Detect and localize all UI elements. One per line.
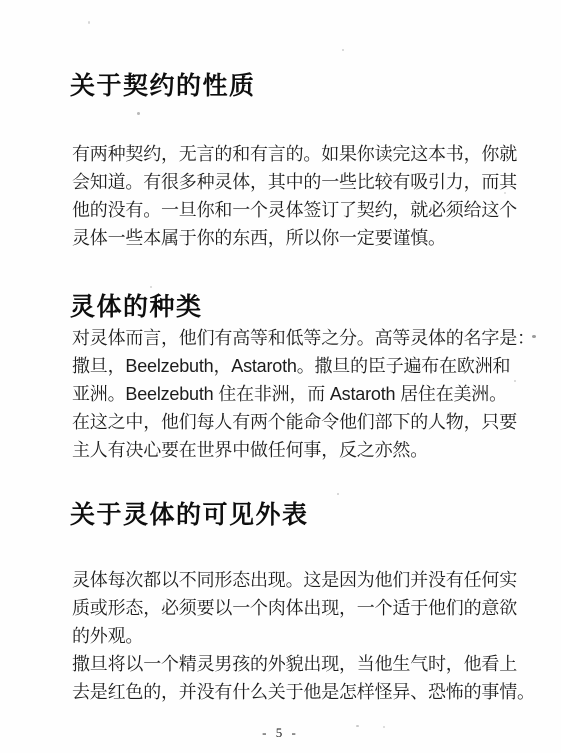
scan-speck xyxy=(137,112,140,115)
text-line: 灵体一些本属于你的东西，所以你一定要谨慎。 xyxy=(72,224,517,252)
text-line: 亚洲。Beelzebuth 住在非洲，而 Astaroth 居住在美洲。 xyxy=(72,380,535,408)
text-line: 在这之中，他们每人有两个能命令他们部下的人物，只要 xyxy=(72,408,535,436)
page-number: - 5 - xyxy=(0,725,561,741)
paragraph-contract-nature: 有两种契约，无言的和有言的。如果你读完这本书，你就会知道。有很多种灵体，其中的一… xyxy=(72,140,517,252)
text-line: 去是红色的，并没有什么关于他是怎样怪异、恐怖的事情。 xyxy=(72,678,535,706)
text-line: 他的没有。一旦你和一个灵体签订了契约，就必须给这个 xyxy=(72,196,517,224)
scan-speck xyxy=(514,380,516,382)
scan-speck xyxy=(150,286,152,288)
section-heading-visible-appearance: 关于灵体的可见外表 xyxy=(70,500,309,530)
text-line: 会知道。有很多种灵体，其中的一些比较有吸引力，而其 xyxy=(72,168,517,196)
text-line: 主人有决心要在世界中做任何事，反之亦然。 xyxy=(72,436,535,464)
scan-speck xyxy=(88,21,90,24)
scan-speck xyxy=(383,726,385,728)
text-line: 的外观。 xyxy=(72,622,535,650)
scan-speck xyxy=(532,335,536,338)
text-line: 质或形态，必须要以一个肉体出现，一个适于他们的意欲 xyxy=(72,594,535,622)
scan-speck xyxy=(337,493,339,495)
scan-speck xyxy=(356,725,359,727)
section-heading-spirit-types: 灵体的种类 xyxy=(70,292,203,322)
scan-speck xyxy=(504,192,506,194)
text-line: 灵体每次都以不同形态出现。这是因为他们并没有任何实 xyxy=(72,566,535,594)
section-heading-contract-nature: 关于契约的性质 xyxy=(70,71,256,101)
scanned-page: 关于契约的性质 有两种契约，无言的和有言的。如果你读完这本书，你就会知道。有很多… xyxy=(0,0,561,753)
text-line: 对灵体而言，他们有高等和低等之分。高等灵体的名字是： xyxy=(72,324,535,352)
paragraph-visible-appearance: 灵体每次都以不同形态出现。这是因为他们并没有任何实质或形态，必须要以一个肉体出现… xyxy=(72,566,535,706)
text-line: 有两种契约，无言的和有言的。如果你读完这本书，你就 xyxy=(72,140,517,168)
text-line: 撒旦将以一个精灵男孩的外貌出现，当他生气时，他看上 xyxy=(72,650,535,678)
text-line: 撒旦，Beelzebuth，Astaroth。撒旦的臣子遍布在欧洲和 xyxy=(72,352,535,380)
paragraph-spirit-types: 对灵体而言，他们有高等和低等之分。高等灵体的名字是：撒旦，Beelzebuth，… xyxy=(72,324,535,464)
scan-speck xyxy=(342,49,344,51)
